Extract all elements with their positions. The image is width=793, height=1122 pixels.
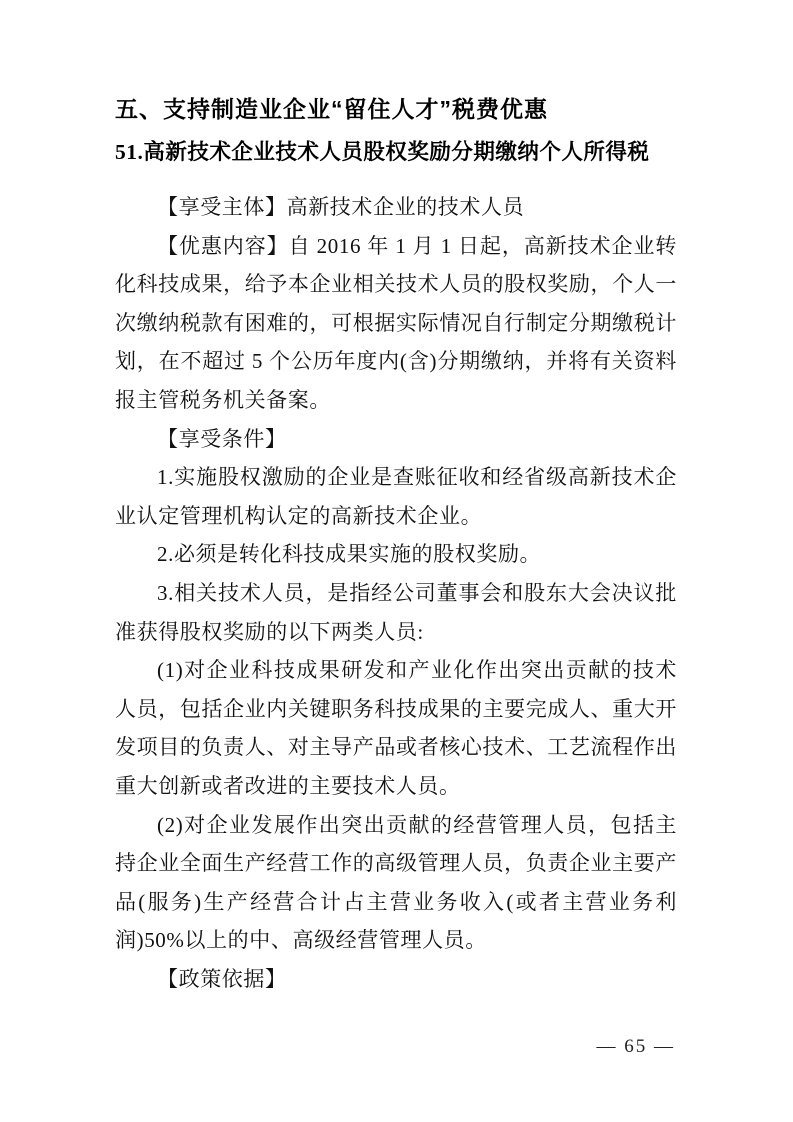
para-condition-3: 3.相关技术人员，是指经公司董事会和股东大会决议批准获得股权奖励的以下两类人员: [115, 574, 677, 651]
para-condition-2: 2.必须是转化科技成果实施的股权奖励。 [115, 535, 677, 574]
page-number: — 65 — [597, 1036, 676, 1058]
section-heading: 五、支持制造业企业“留住人才”税费优惠 [115, 92, 677, 126]
para-benefit-content: 【优惠内容】自 2016 年 1 月 1 日起，高新技术企业转化科技成果，给予本… [115, 227, 677, 420]
para-beneficiary: 【享受主体】高新技术企业的技术人员 [115, 188, 677, 227]
para-policy-basis-label: 【政策依据】 [115, 960, 677, 999]
para-condition-3-type-2: (2)对企业发展作出突出贡献的经营管理人员，包括主持企业全面生产经营工作的高级管… [115, 806, 677, 960]
document-body: 【享受主体】高新技术企业的技术人员 【优惠内容】自 2016 年 1 月 1 日… [115, 188, 677, 998]
para-condition-3-type-1: (1)对企业科技成果研发和产业化作出突出贡献的技术人员，包括企业内关键职务科技成… [115, 651, 677, 805]
item-heading: 51.高新技术企业技术人员股权奖励分期缴纳个人所得税 [115, 135, 677, 169]
para-conditions-label: 【享受条件】 [115, 420, 677, 459]
para-condition-1: 1.实施股权激励的企业是查账征收和经省级高新技术企业认定管理机构认定的高新技术企… [115, 458, 677, 535]
document-page: 五、支持制造业企业“留住人才”税费优惠 51.高新技术企业技术人员股权奖励分期缴… [0, 0, 793, 1122]
